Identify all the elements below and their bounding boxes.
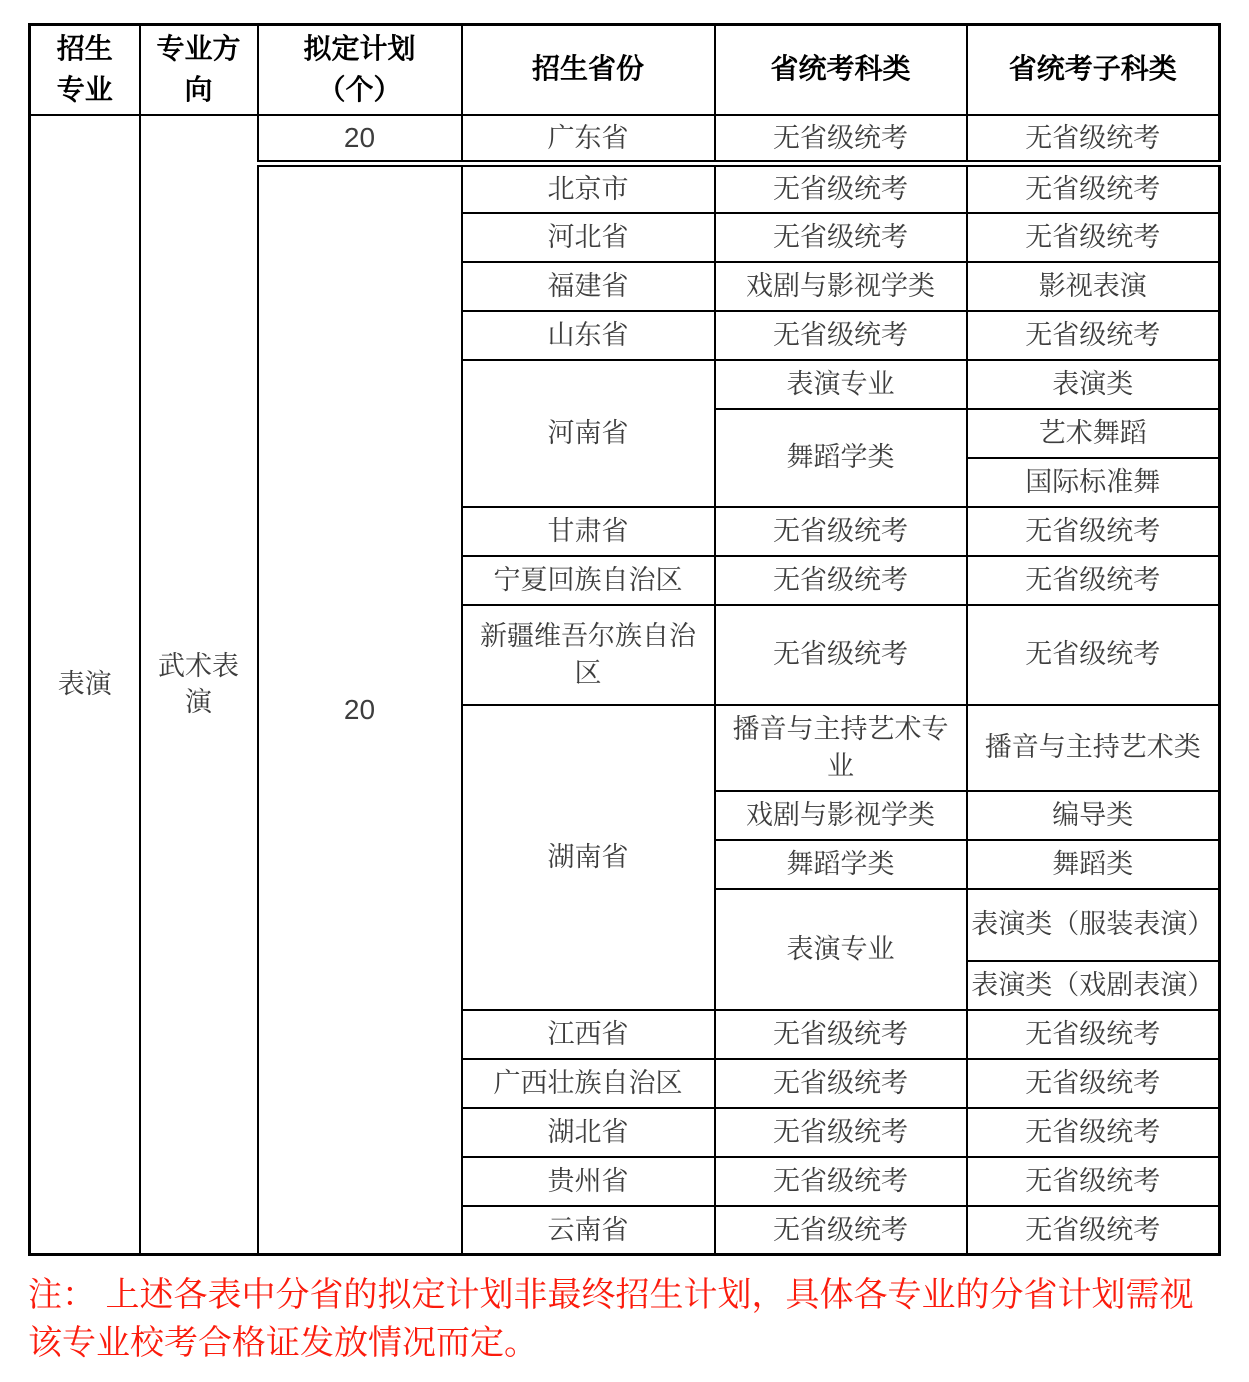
exam-subcategory-cell: 无省级统考 xyxy=(967,605,1220,705)
exam-subcategory-cell: 无省级统考 xyxy=(967,1010,1220,1059)
plan-cell: 20 xyxy=(258,164,462,1255)
direction-cell: 武术表演 xyxy=(140,115,258,1255)
exam-subcategory-cell: 国际标准舞 xyxy=(967,458,1220,507)
province-cell: 宁夏回族自治区 xyxy=(462,556,715,605)
province-cell: 湖南省 xyxy=(462,705,715,1010)
exam-subcategory-cell: 无省级统考 xyxy=(967,1059,1220,1108)
exam-subcategory-cell: 影视表演 xyxy=(967,262,1220,311)
province-cell: 湖北省 xyxy=(462,1108,715,1157)
exam-subcategory-cell: 无省级统考 xyxy=(967,1206,1220,1255)
province-cell: 北京市 xyxy=(462,164,715,213)
exam-category-cell: 无省级统考 xyxy=(715,164,967,213)
exam-subcategory-cell: 播音与主持艺术类 xyxy=(967,705,1220,791)
exam-subcategory-cell: 无省级统考 xyxy=(967,507,1220,556)
exam-subcategory-cell: 编导类 xyxy=(967,791,1220,840)
exam-subcategory-cell: 无省级统考 xyxy=(967,213,1220,262)
col-header-exam-subcategory: 省统考子科类 xyxy=(967,25,1220,115)
exam-subcategory-cell: 无省级统考 xyxy=(967,311,1220,360)
col-header-province: 招生省份 xyxy=(462,25,715,115)
exam-category-cell: 无省级统考 xyxy=(715,1010,967,1059)
exam-category-cell: 舞蹈学类 xyxy=(715,409,967,507)
exam-category-cell: 无省级统考 xyxy=(715,556,967,605)
exam-category-cell: 无省级统考 xyxy=(715,605,967,705)
exam-category-cell: 无省级统考 xyxy=(715,115,967,164)
province-cell: 河北省 xyxy=(462,213,715,262)
province-cell: 甘肃省 xyxy=(462,507,715,556)
province-cell: 云南省 xyxy=(462,1206,715,1255)
exam-subcategory-cell: 无省级统考 xyxy=(967,115,1220,164)
province-cell: 广东省 xyxy=(462,115,715,164)
major-cell: 表演 xyxy=(30,115,140,1255)
province-cell: 新疆维吾尔族自治区 xyxy=(462,605,715,705)
exam-subcategory-cell: 无省级统考 xyxy=(967,1157,1220,1206)
col-header-direction: 专业方向 xyxy=(140,25,258,115)
col-header-exam-category: 省统考科类 xyxy=(715,25,967,115)
exam-category-cell: 无省级统考 xyxy=(715,507,967,556)
province-cell: 贵州省 xyxy=(462,1157,715,1206)
col-header-plan: 拟定计划（个） xyxy=(258,25,462,115)
exam-subcategory-cell: 无省级统考 xyxy=(967,556,1220,605)
province-cell: 福建省 xyxy=(462,262,715,311)
note-text: 注： 上述各表中分省的拟定计划非最终招生计划，具体各专业的分省计划需视该专业校考… xyxy=(28,1272,1218,1367)
exam-subcategory-cell: 艺术舞蹈 xyxy=(967,409,1220,458)
exam-category-cell: 戏剧与影视学类 xyxy=(715,262,967,311)
province-cell: 河南省 xyxy=(462,360,715,507)
table-row: 表演 武术表演 20 广东省 无省级统考 无省级统考 xyxy=(30,115,1220,164)
exam-subcategory-cell: 无省级统考 xyxy=(967,164,1220,213)
exam-subcategory-cell: 表演类（戏剧表演） xyxy=(967,961,1220,1010)
exam-subcategory-cell: 舞蹈类 xyxy=(967,840,1220,889)
plan-cell: 20 xyxy=(258,115,462,164)
exam-category-cell: 表演专业 xyxy=(715,889,967,1010)
exam-category-cell: 无省级统考 xyxy=(715,1059,967,1108)
col-header-major: 招生专业 xyxy=(30,25,140,115)
exam-category-cell: 无省级统考 xyxy=(715,213,967,262)
exam-subcategory-cell: 无省级统考 xyxy=(967,1108,1220,1157)
exam-category-cell: 无省级统考 xyxy=(715,1108,967,1157)
province-cell: 广西壮族自治区 xyxy=(462,1059,715,1108)
exam-category-cell: 戏剧与影视学类 xyxy=(715,791,967,840)
enrollment-plan-table: 招生专业 专业方向 拟定计划（个） 招生省份 省统考科类 省统考子科类 表演 武… xyxy=(28,23,1221,1256)
province-cell: 山东省 xyxy=(462,311,715,360)
header-row: 招生专业 专业方向 拟定计划（个） 招生省份 省统考科类 省统考子科类 xyxy=(30,25,1220,115)
exam-subcategory-cell: 表演类 xyxy=(967,360,1220,409)
page: 招生专业 专业方向 拟定计划（个） 招生省份 省统考科类 省统考子科类 表演 武… xyxy=(0,0,1249,1367)
exam-category-cell: 舞蹈学类 xyxy=(715,840,967,889)
exam-category-cell: 无省级统考 xyxy=(715,1157,967,1206)
exam-subcategory-cell: 表演类（服装表演） xyxy=(967,889,1220,961)
exam-category-cell: 播音与主持艺术专业 xyxy=(715,705,967,791)
exam-category-cell: 无省级统考 xyxy=(715,1206,967,1255)
exam-category-cell: 无省级统考 xyxy=(715,311,967,360)
province-cell: 江西省 xyxy=(462,1010,715,1059)
exam-category-cell: 表演专业 xyxy=(715,360,967,409)
